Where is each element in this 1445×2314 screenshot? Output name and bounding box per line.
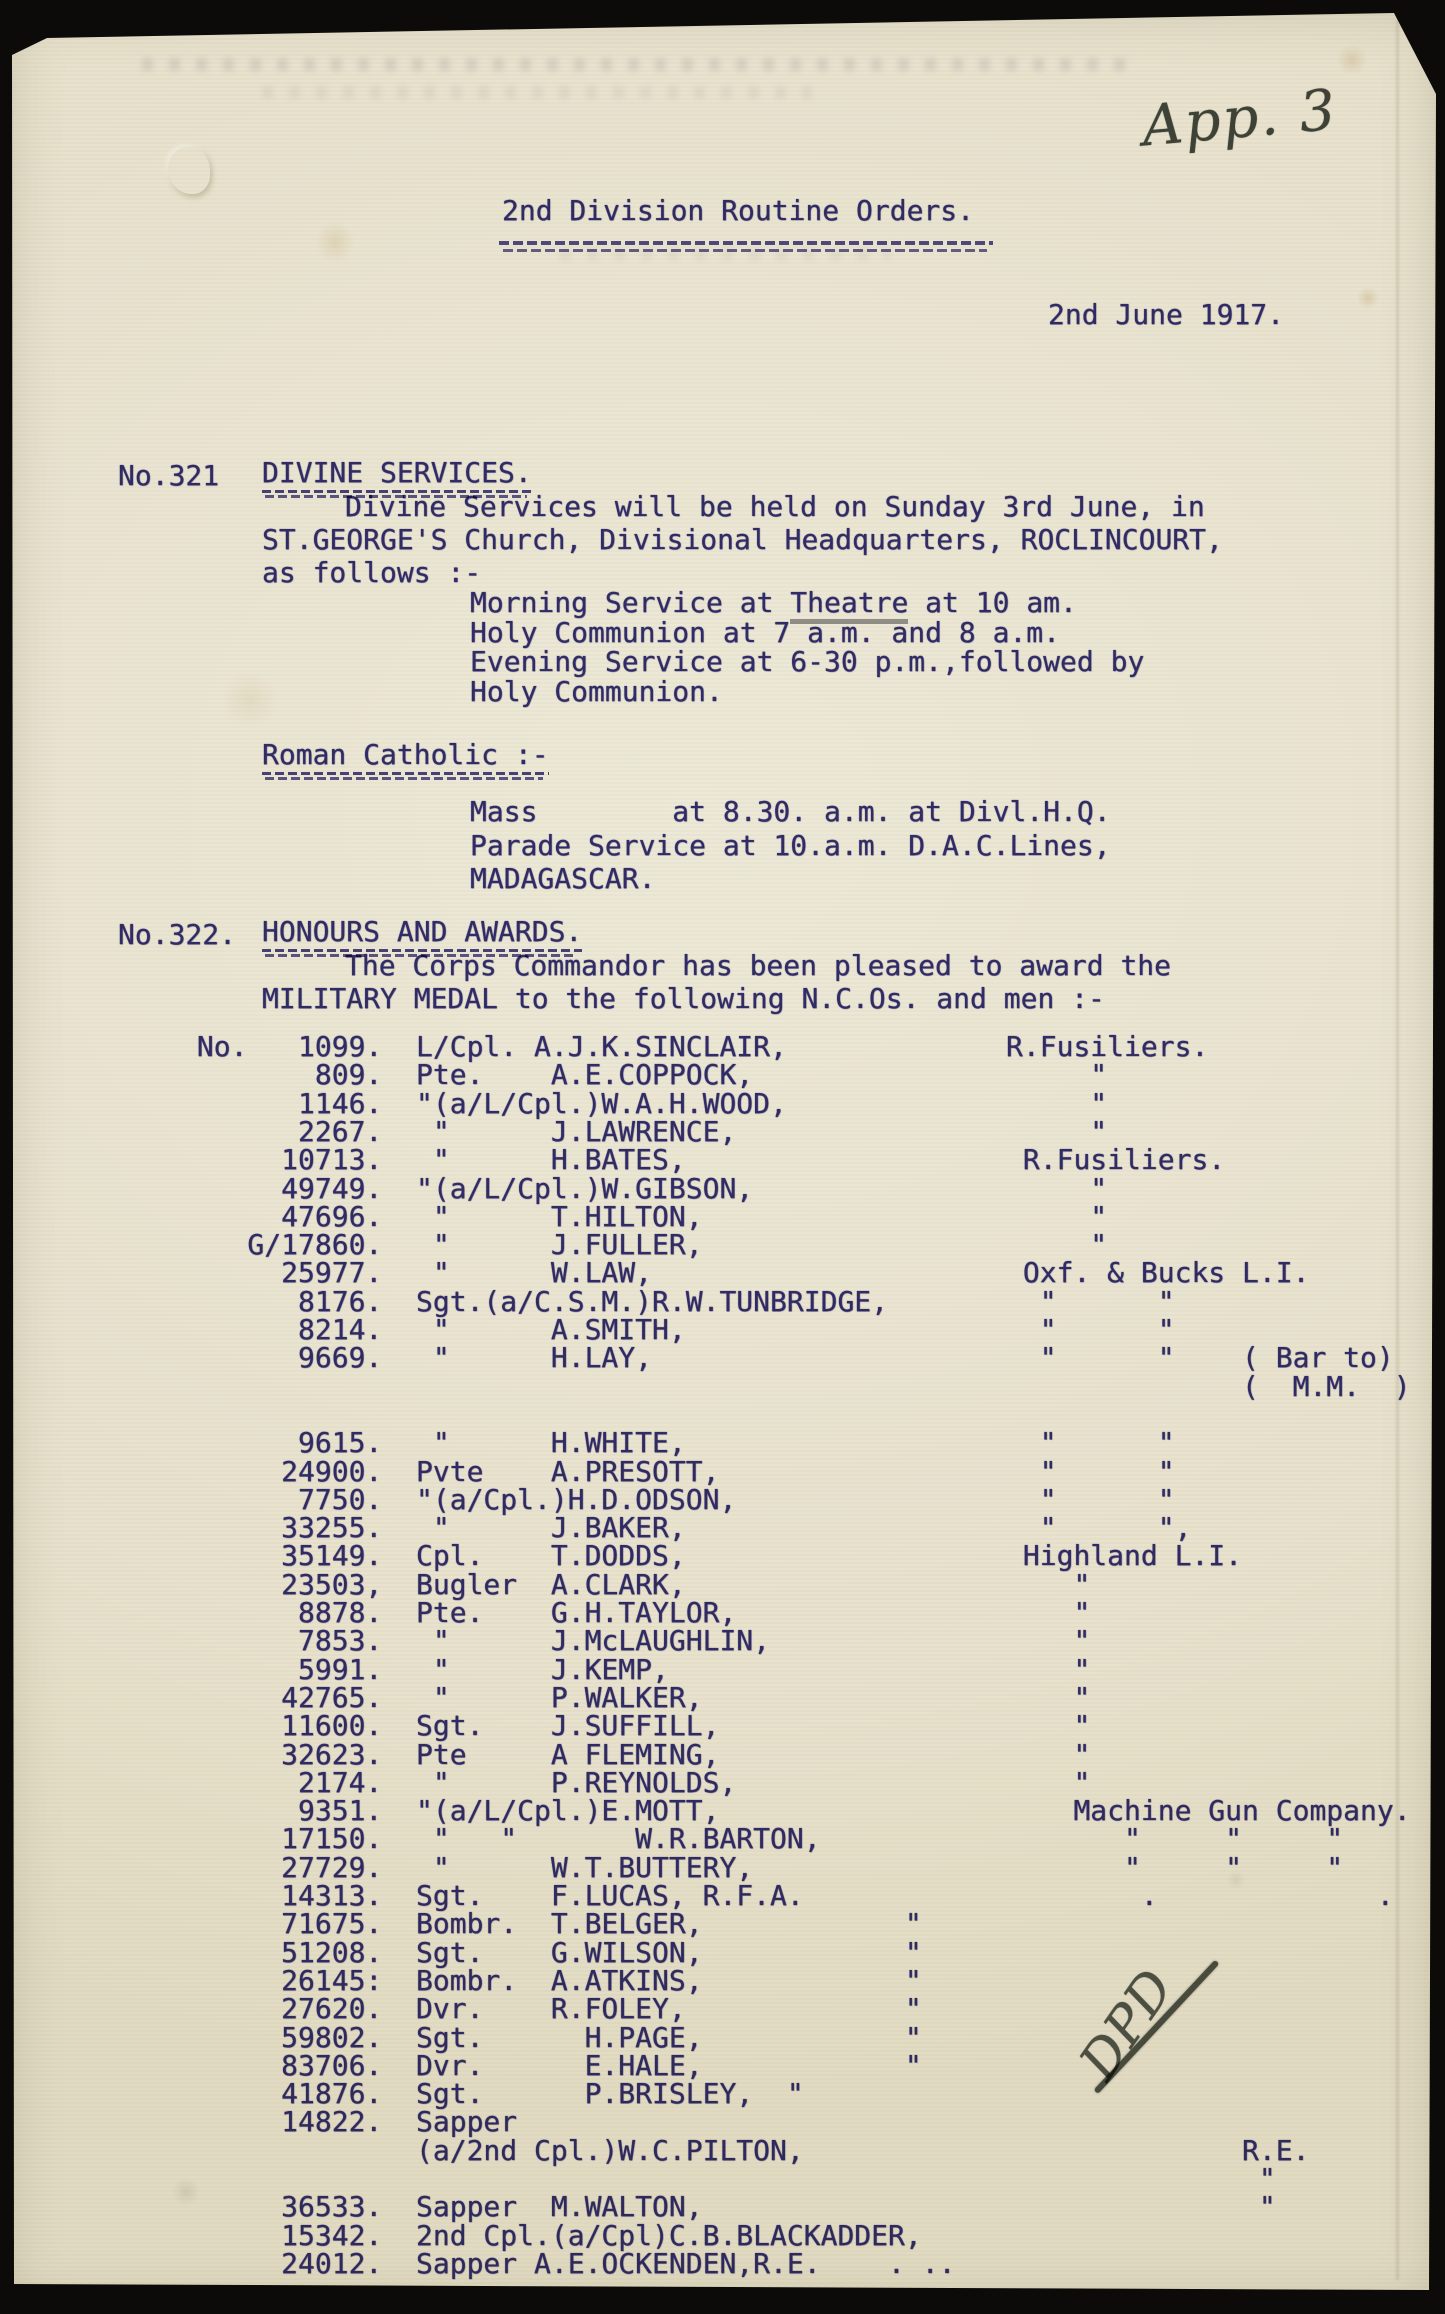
roster-line: 36533. Sapper M.WALTON, " [180,2192,1276,2222]
service-time-line: Evening Service at 6-30 p.m.,followed by [470,647,1144,677]
order-number-321: No.321 [118,461,219,491]
roster-line: 24012. Sapper A.E.OCKENDEN,R.E. . .. [180,2249,955,2279]
roster-line: 9615. " H.WHITE, " " [180,1428,1175,1458]
document-title: 2nd Division Routine Orders. [502,196,974,226]
title-underline [499,239,993,254]
service-time-line: Morning Service at Theatre at 10 am. [470,588,1077,618]
document-date: 2nd June 1917. [1048,300,1284,330]
roster-line: 9669. " H.LAY, " " ( Bar to) [180,1343,1394,1373]
roster-line: 49749. "(a/L/Cpl.)W.GIBSON, " [180,1174,1107,1204]
roster-line: 14822. Sapper [180,2107,517,2137]
roster-line: 10713. " H.BATES, R.Fusiliers. [180,1145,1225,1175]
service-time-line-post: at 10 am. [908,586,1077,619]
scanned-document-page: { "annotation": { "appendix": "App. 3", … [0,0,1445,2314]
punch-hole [168,147,210,194]
service-time-line: Holy Communion. [470,677,723,707]
paper-sheet: App. 3 2nd Division Routine Orders. 2nd … [0,0,1445,2314]
roster-line: 59802. Sgt. H.PAGE, " [180,2023,922,2053]
paragraph-line: ST.GEORGE'S Church, Divisional Headquart… [262,525,1223,555]
award-roster-list: No. 1099. L/Cpl. A.J.K.SINCLAIR, R.Fusil… [180,1032,1445,2292]
subsection-heading-roman-catholic: Roman Catholic :- [262,740,549,780]
handwritten-appendix-label: App. 3 [1140,78,1340,160]
service-time-line: Holy Communion at 7 a.m. and 8 a.m. [470,618,1060,648]
roster-line: 11600. Sgt. J.SUFFILL, " [180,1711,1090,1741]
ink-bleedthrough-smudge [262,86,812,99]
roster-line: 7853. " J.McLAUGHLIN, " [180,1626,1090,1656]
roster-line: 27620. Dvr. R.FOLEY, " [180,1994,922,2024]
service-time-line: Mass at 8.30. a.m. at Divl.H.Q. [470,797,1111,827]
roster-line: 25977. " W.LAW, Oxf. & Bucks L.I. [180,1258,1309,1288]
roster-line: 32623. Pte A FLEMING, " [180,1740,1090,1770]
roster-line: 35149. Cpl. T.DODDS, Highland L.I. [180,1541,1242,1571]
service-time-line-pre: Morning Service at [470,586,790,619]
roster-line: 809. Pte. A.E.COPPOCK, " [180,1060,1107,1090]
roster-line: 24900. Pvte A.PRESOTT, " " [180,1457,1175,1487]
paragraph-line: MILITARY MEDAL to the following N.C.Os. … [262,984,1105,1014]
ink-bleedthrough-smudge [142,58,1127,71]
paragraph-line: Divine Services will be held on Sunday 3… [345,492,1205,522]
order-number-322: No.322. [118,920,236,950]
roster-line: ( M.M. ) [180,1372,1411,1402]
service-time-line: Parade Service at 10.a.m. D.A.C.Lines, [470,831,1111,861]
paragraph-line: as follows :- [262,558,481,588]
paragraph-line: The Corps Commandor has been pleased to … [345,951,1171,981]
roster-line: 17150. " " W.R.BARTON, " " " [180,1824,1343,1854]
roster-line: 71675. Bombr. T.BELGER, " [180,1909,922,1939]
service-time-line: MADAGASCAR. [470,864,655,894]
